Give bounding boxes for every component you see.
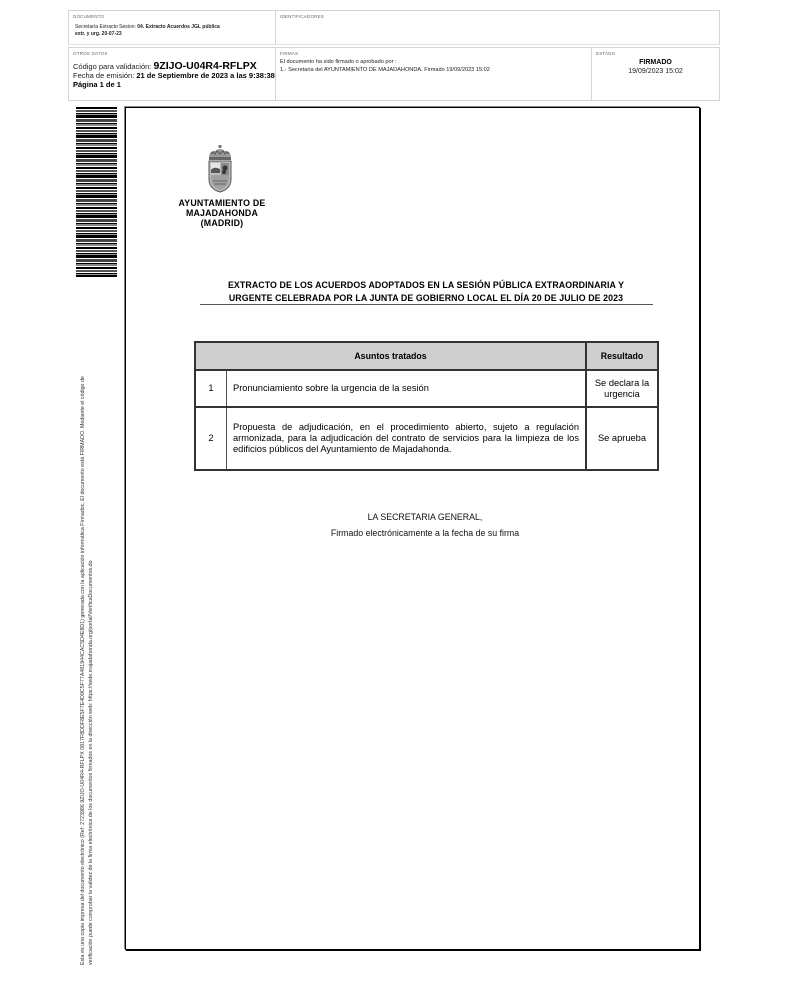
status-label: ESTADO <box>596 51 615 56</box>
document-title: Secretaría Extracto Sesion: 04. Extracto… <box>75 24 220 38</box>
table-row: 1 Pronunciamiento sobre la urgencia de l… <box>195 370 658 407</box>
signer-entry: 1.- Secretaria del AYUNTAMIENTO DE MAJAD… <box>280 67 490 75</box>
agenda-table: Asuntos tratados Resultado 1 Pronunciami… <box>194 341 659 471</box>
status-date: 19/09/2023 15:02 <box>592 67 719 76</box>
signatures-content: El documento ha sido firmado o aprobado … <box>280 59 490 74</box>
signatures-box: FIRMAS El documento ha sido firmado o ap… <box>275 47 592 101</box>
header-divider <box>68 44 720 45</box>
item-subject: Propuesta de adjudicación, en el procedi… <box>227 407 587 470</box>
signature-block: LA SECRETARIA GENERAL, Firmado electróni… <box>290 509 560 541</box>
barcode-icon <box>76 107 117 277</box>
table-row: 2 Propuesta de adjudicación, en el proce… <box>195 407 658 470</box>
other-data-content: Código para validación: 9ZIJO-U04R4-RFLP… <box>73 62 275 89</box>
item-number: 2 <box>195 407 227 470</box>
signatures-label: FIRMAS <box>280 51 298 56</box>
other-data-label: OTROS DATOS <box>73 51 108 56</box>
organization-name: AYUNTAMIENTO DE MAJADAHONDA (MADRID) <box>162 198 282 228</box>
document-heading: EXTRACTO DE LOS ACUERDOS ADOPTADOS EN LA… <box>195 279 657 304</box>
header-result: Resultado <box>586 342 658 370</box>
item-result: Se declara la urgencia <box>586 370 658 407</box>
item-number: 1 <box>195 370 227 407</box>
table-header-row: Asuntos tratados Resultado <box>195 342 658 370</box>
item-result: Se aprueba <box>586 407 658 470</box>
heading-underline <box>200 304 653 305</box>
coat-of-arms-icon <box>204 145 236 195</box>
status-badge: FIRMADO <box>592 58 719 67</box>
signer-role: LA SECRETARIA GENERAL, <box>290 509 560 525</box>
document-label: DOCUMENTO <box>73 14 104 19</box>
signature-note: Firmado electrónicamente a la fecha de s… <box>290 525 560 541</box>
identifiers-label: IDENTIFICADORES <box>280 14 324 19</box>
document-info-box: DOCUMENTO Secretaría Extracto Sesion: 04… <box>68 10 276 45</box>
header-subjects: Asuntos tratados <box>195 342 586 370</box>
identifiers-box: IDENTIFICADORES <box>275 10 720 45</box>
item-subject: Pronunciamiento sobre la urgencia de la … <box>227 370 587 407</box>
page-number: Página 1 de 1 <box>73 80 121 89</box>
other-data-box: OTROS DATOS Código para validación: 9ZIJ… <box>68 47 276 101</box>
verification-note: Esta es una copia impresa del documento … <box>80 295 95 965</box>
issue-date: 21 de Septiembre de 2023 a las 9:38:38 <box>136 71 274 80</box>
status-box: ESTADO FIRMADO 19/09/2023 15:02 <box>591 47 720 101</box>
